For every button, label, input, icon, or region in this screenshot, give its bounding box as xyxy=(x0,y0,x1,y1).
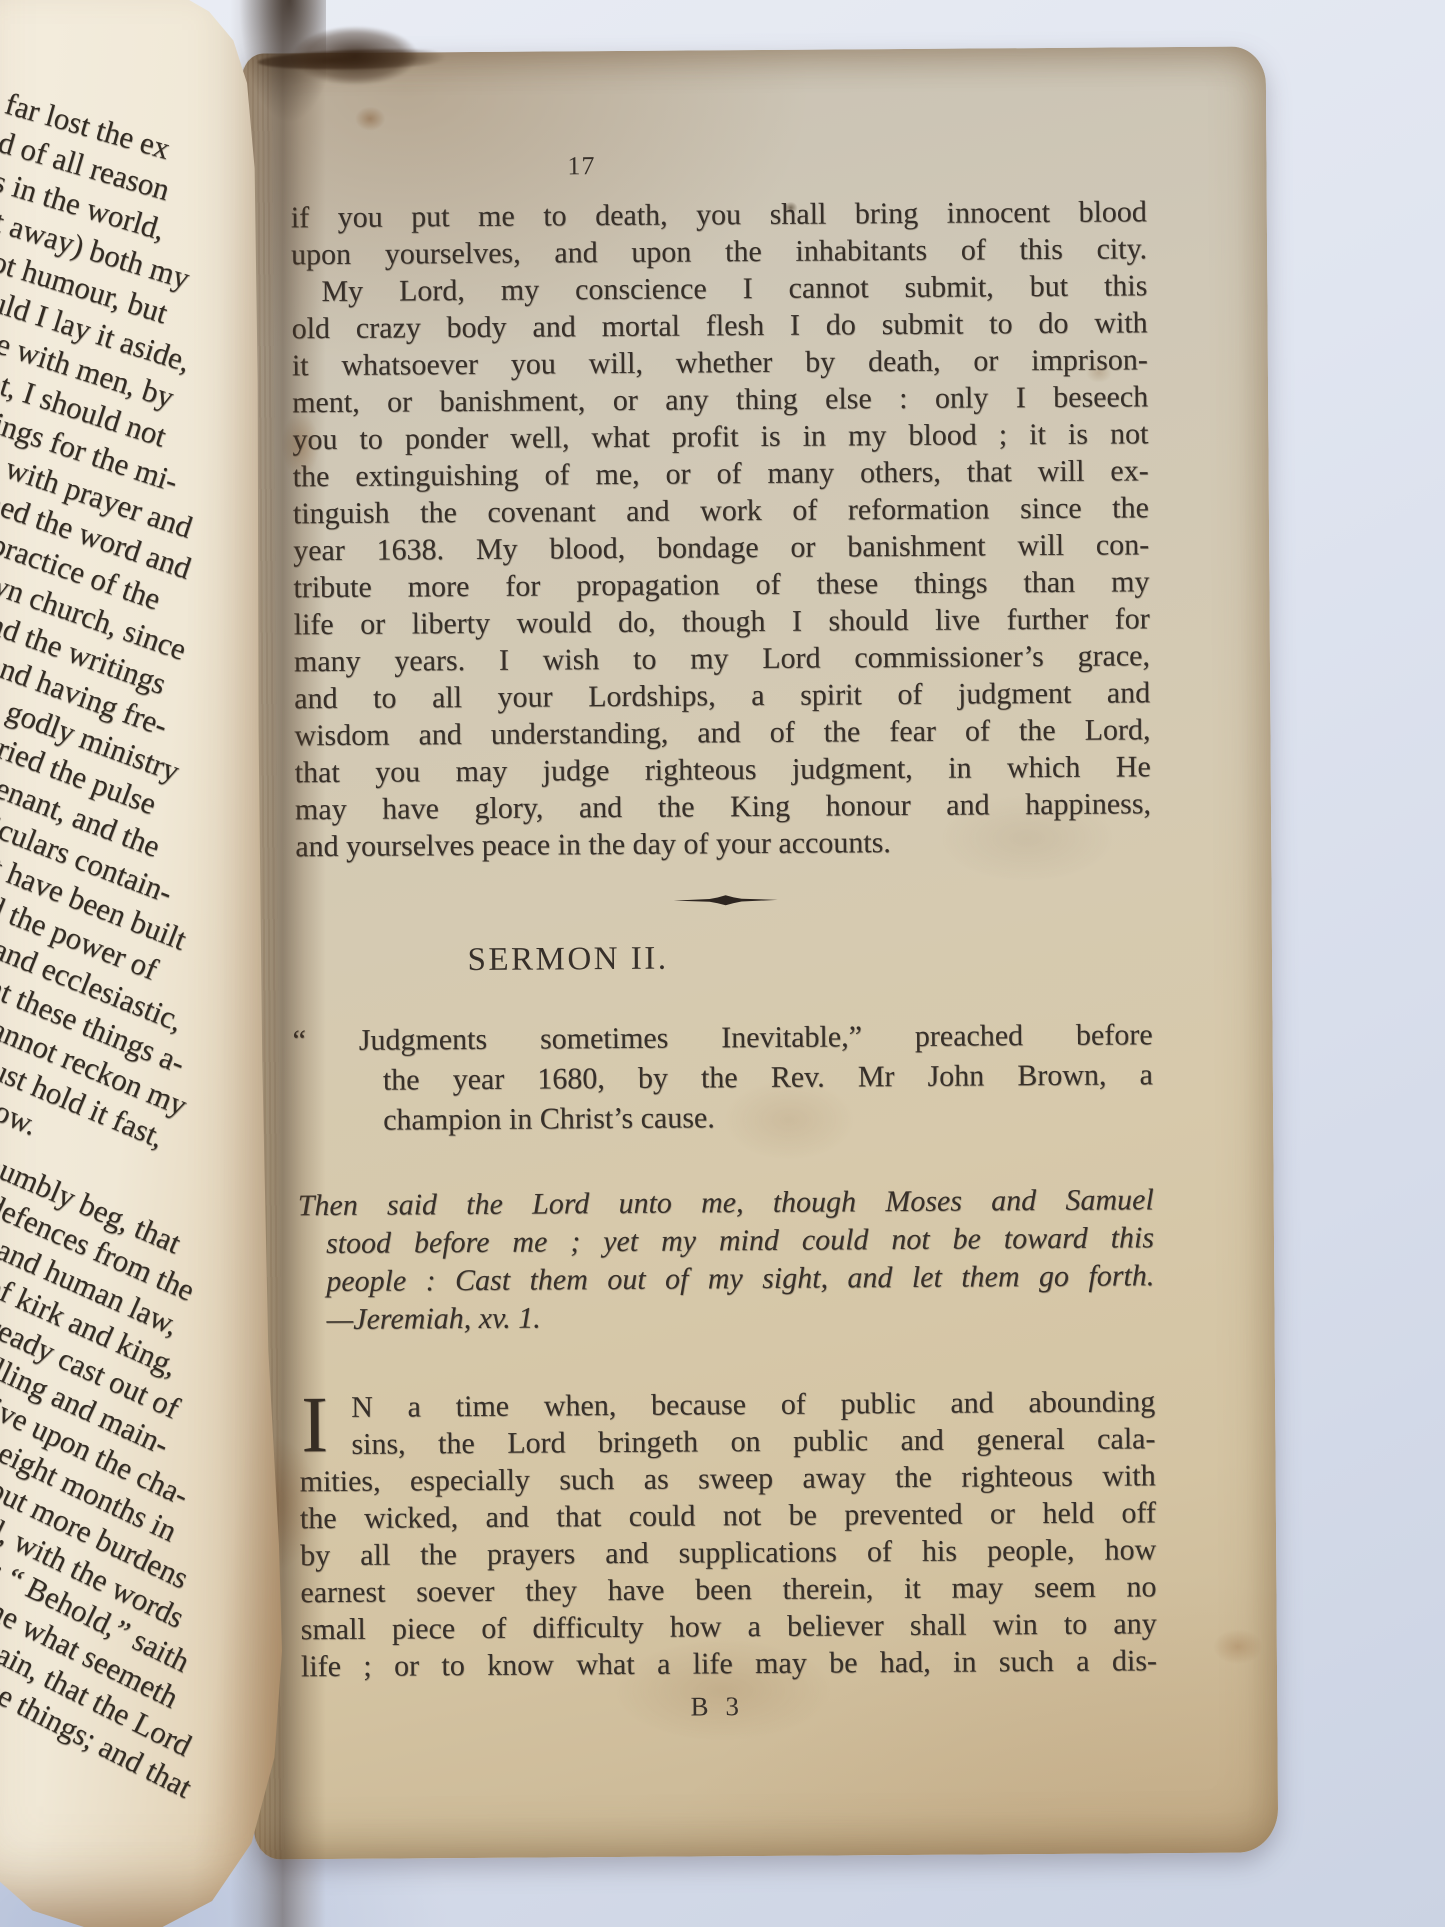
body-paragraph: I N a time when, because of public and a… xyxy=(299,1383,1157,1685)
scripture-line: people : Cast them out of my sight, and … xyxy=(298,1257,1154,1301)
text-line: mities, especially such as sweep away th… xyxy=(300,1457,1156,1500)
scripture-line: stood before me ; yet my mind could not … xyxy=(298,1219,1154,1263)
opening-paragraph: if you put me to death, you shall bring … xyxy=(291,193,1147,273)
headnote-line: the year 1680, by the Rev. Mr John Brown… xyxy=(319,1055,1153,1101)
photo-backdrop: 17 if you put me to death, you shall bri… xyxy=(0,0,1445,1927)
text-line: it whatsoever you will, whether by death… xyxy=(292,341,1148,384)
scripture-line: —Jeremiah, xv. 1. xyxy=(298,1295,1154,1339)
sermon-heading: SERMON II. xyxy=(140,936,996,982)
text-line: ment, or banishment, or any thing else :… xyxy=(292,378,1148,421)
speech-paragraph: My Lord, my conscience I cannot submit, … xyxy=(291,267,1151,865)
headnote-line: “ Judgments sometimes Inevitable,” preac… xyxy=(318,1015,1152,1061)
text-line: and to all your Lordships, a spirit of j… xyxy=(294,674,1150,717)
text-line: tribute more for propagation of these th… xyxy=(293,563,1149,606)
text-line: year 1638. My blood, bondage or banishme… xyxy=(293,526,1149,569)
headnote-line: champion in Christ’s cause. xyxy=(319,1095,1153,1141)
text-line: tinguish the covenant and work of reform… xyxy=(293,489,1149,532)
drop-cap: I xyxy=(301,1393,328,1457)
text-line: you to ponder well, what profit is in my… xyxy=(292,415,1148,458)
text-line: earnest soever they have been therein, i… xyxy=(300,1568,1156,1611)
text-line: life ; or to know what a life may be had… xyxy=(301,1642,1157,1685)
text-line: the extinguishing of me, or of many othe… xyxy=(293,452,1149,495)
scripture-line: Then said the Lord unto me, though Moses… xyxy=(298,1181,1154,1225)
text-line: if you put me to death, you shall bring … xyxy=(291,193,1147,236)
sermon-headnote: “ Judgments sometimes Inevitable,” preac… xyxy=(296,1015,1153,1141)
text-line: the wicked, and that could not be preven… xyxy=(300,1494,1156,1537)
text-line: N a time when, because of public and abo… xyxy=(299,1383,1155,1426)
text-line: small piece of difficulty how a believer… xyxy=(301,1605,1157,1648)
scripture-quote: Then said the Lord unto me, though Moses… xyxy=(298,1181,1155,1339)
text-line: life or liberty would do, though I shoul… xyxy=(294,600,1150,643)
text-line: that you may judge righteous judgment, i… xyxy=(295,748,1151,791)
left-page-text: not so far lost the exod, and of all rea… xyxy=(0,60,282,1676)
right-page: 17 if you put me to death, you shall bri… xyxy=(242,46,1279,1859)
text-line: My Lord, my conscience I cannot submit, … xyxy=(291,267,1147,310)
text-line: wisdom and understanding, and of the fea… xyxy=(294,711,1150,754)
text-line: old crazy body and mortal flesh I do sub… xyxy=(292,304,1148,347)
text-line: sins, the Lord bringeth on public and ge… xyxy=(299,1420,1155,1463)
lozenge-rule-ornament-icon xyxy=(674,894,778,907)
text-line: upon yourselves, and upon the inhabitant… xyxy=(291,230,1147,273)
signature-mark: B 3 xyxy=(289,1685,1145,1727)
page-content: 17 if you put me to death, you shall bri… xyxy=(290,145,1157,1727)
text-line: by all the prayers and supplications of … xyxy=(300,1531,1156,1574)
left-page: not so far lost the exod, and of all rea… xyxy=(0,0,282,1927)
body-paragraph-lines: N a time when, because of public and abo… xyxy=(299,1383,1157,1685)
spine-stain xyxy=(292,26,432,92)
text-line: and yourselves peace in the day of your … xyxy=(295,822,1151,865)
page-number: 17 xyxy=(153,146,1009,186)
text-line: may have glory, and the King honour and … xyxy=(295,785,1151,828)
section-divider xyxy=(298,891,1154,911)
text-line: many years. I wish to my Lord commission… xyxy=(294,637,1150,680)
